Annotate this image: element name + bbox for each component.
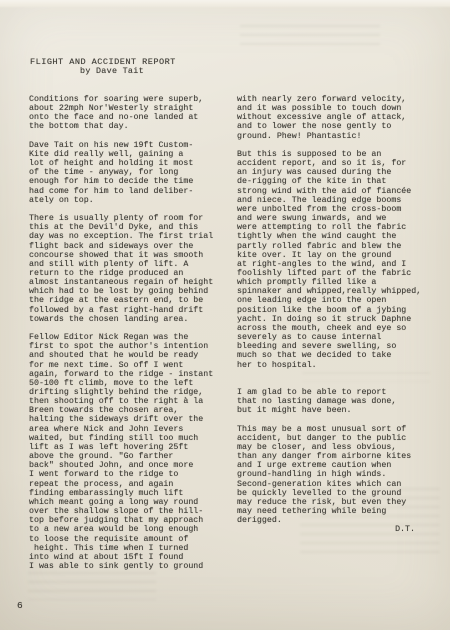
author-initials: D.T. (237, 525, 437, 534)
page-top-edge (0, 0, 450, 8)
article-right-column: with nearly zero forward velocity, and i… (237, 95, 437, 535)
scanned-newsletter-page: FLIGHT AND ACCIDENT REPORT by Dave Tait … (0, 0, 450, 630)
bleedthrough-smudge (240, 25, 380, 50)
article-byline: by Dave Tait (80, 67, 144, 76)
article-left-column: Conditions for soaring were superb, abou… (29, 95, 226, 571)
bleedthrough-smudge (28, 572, 156, 600)
article-right-column-text: with nearly zero forward velocity, and i… (237, 95, 437, 525)
page-number: 6 (17, 601, 23, 610)
